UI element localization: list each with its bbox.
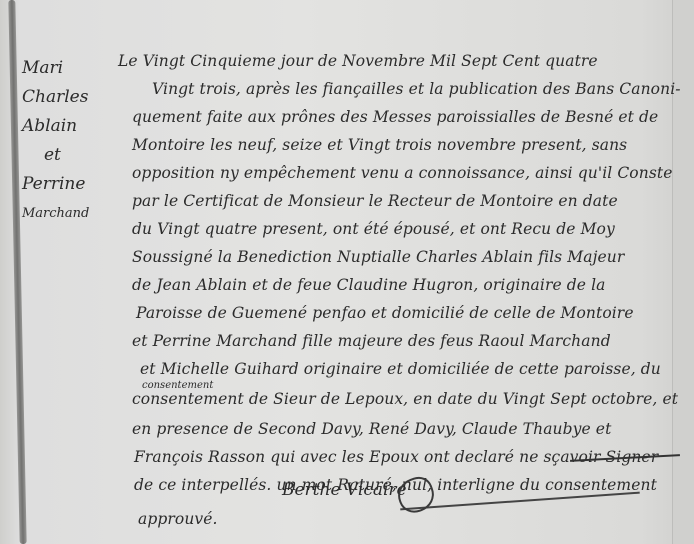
- margin-note-line: Mari: [22, 54, 132, 83]
- text-line: quement faite aux prônes des Messes paro…: [132, 108, 658, 126]
- margin-note-line: Charles: [22, 83, 132, 112]
- text-line: Soussigné la Benediction Nuptialle Charl…: [132, 248, 624, 266]
- margin-note-line: Ablain: [22, 112, 132, 141]
- document-page: Mari Charles Ablain et Perrine Marchand …: [0, 0, 694, 544]
- text-line: et Michelle Guihard originaire et domici…: [140, 360, 661, 378]
- text-line: François Rasson qui avec les Epoux ont d…: [134, 448, 658, 466]
- text-line: approuvé.: [138, 510, 218, 528]
- text-line: et Perrine Marchand fille majeure des fe…: [132, 332, 611, 350]
- text-line: Paroisse de Guemené penfao et domicilié …: [136, 304, 634, 322]
- margin-note-line: Marchand: [22, 199, 132, 228]
- text-line: du Vingt quatre present, ont été épousé,…: [132, 220, 615, 238]
- text-line: par le Certificat de Monsieur le Recteur…: [132, 192, 618, 210]
- signature: Berthe Vicaire: [282, 480, 407, 500]
- text-line: en presence de Second Davy, René Davy, C…: [132, 420, 611, 438]
- text-line: opposition ny empêchement venu a connois…: [132, 164, 672, 182]
- text-line: consentement de Sieur de Lepoux, en date…: [132, 390, 678, 408]
- text-line: Montoire les neuf, seize et Vingt trois …: [132, 136, 627, 154]
- margin-note-line: Perrine: [22, 170, 132, 199]
- text-line: Le Vingt Cinquieme jour de Novembre Mil …: [118, 52, 598, 70]
- margin-note: Mari Charles Ablain et Perrine Marchand: [22, 54, 132, 228]
- text-line: de Jean Ablain et de feue Claudine Hugro…: [132, 276, 605, 294]
- margin-note-line: et: [22, 141, 132, 170]
- closing-stroke: [400, 492, 640, 511]
- text-line: Vingt trois, après les fiançailles et la…: [152, 80, 681, 98]
